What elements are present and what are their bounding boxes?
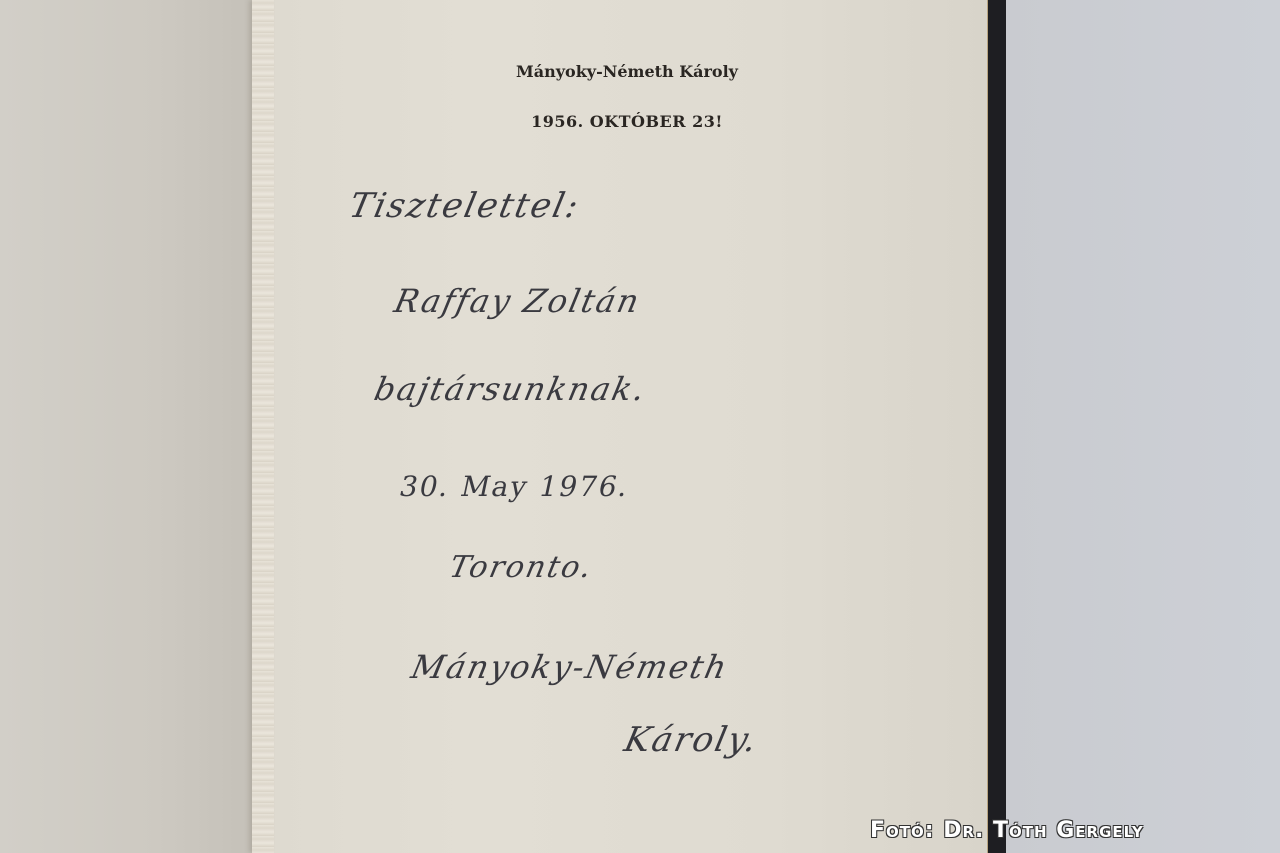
printed-title: 1956. OKTÓBER 23! [262,112,992,131]
left-endpaper [0,0,262,853]
printed-author: Mányoky-Németh Károly [262,62,992,81]
inscription-date: 30. May 1976. [396,470,633,503]
background-surface [1006,0,1280,853]
signature-surname: Mányoky-Németh [408,648,732,686]
photo-credit: Fotó: Dr. Tóth Gergely [870,818,1144,843]
inscription-line: bajtársunknak. [371,370,650,408]
signature-firstname: Károly. [621,720,762,760]
inscription-place: Toronto. [446,550,596,585]
inscription-line: Raffay Zoltán [391,282,644,320]
inscription-line: Tisztelettel: [346,186,584,226]
